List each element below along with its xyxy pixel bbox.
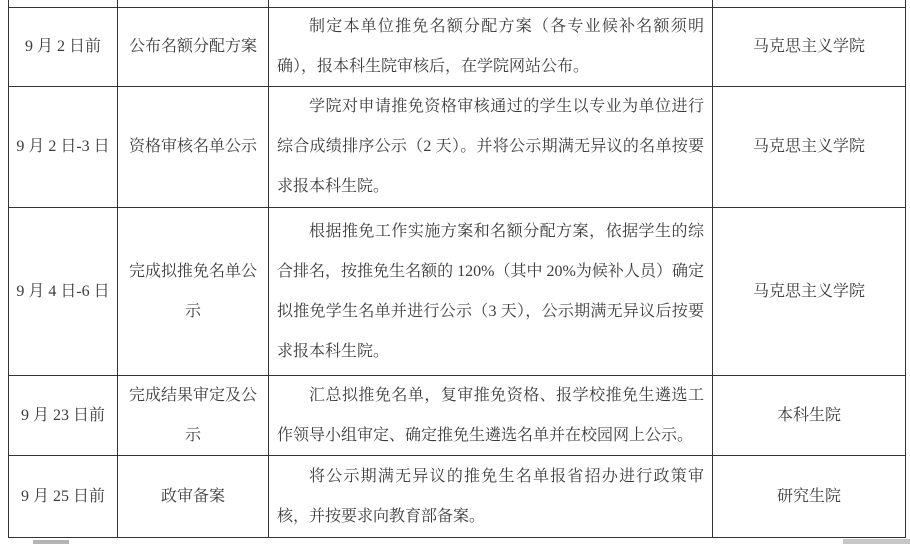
cropped-cell (713, 0, 906, 8)
description-text: 将公示期满无异议的推免生名单报省招办进行政策审核，并按要求向教育部备案。 (269, 457, 712, 537)
task-cell: 完成拟推免名单公示 (118, 208, 269, 376)
unit-cell: 马克思主义学院 (713, 8, 906, 87)
cropped-cell (9, 0, 118, 8)
date-cell: 9 月 25 日前 (9, 456, 118, 538)
cropped-element-artifact-right (843, 539, 910, 544)
description-cell: 根据推免工作实施方案和名额分配方案，依据学生的综合排名，按推免生名额的 120%… (269, 208, 713, 376)
description-cell: 将公示期满无异议的推免生名单报省招办进行政策审核，并按要求向教育部备案。 (269, 456, 713, 538)
description-cell: 学院对申请推免资格审核通过的学生以专业为单位进行综合成绩排序公示（2 天）。并将… (269, 87, 713, 208)
cropped-cell (118, 0, 269, 8)
unit-cell: 研究生院 (713, 456, 906, 538)
date-cell: 9 月 4 日-6 日 (9, 208, 118, 376)
date-cell: 9 月 23 日前 (9, 376, 118, 456)
task-cell: 公布名额分配方案 (118, 8, 269, 87)
description-text: 根据推免工作实施方案和名额分配方案，依据学生的综合排名，按推免生名额的 120%… (269, 212, 712, 372)
description-cell: 制定本单位推免名额分配方案（各专业候补名额须明确），报本科生院审核后，在学院网站… (269, 8, 713, 87)
unit-cell: 本科生院 (713, 376, 906, 456)
description-text: 汇总拟推免名单，复审推免资格、报学校推免生遴选工作领导小组审定、确定推免生遴选名… (269, 376, 712, 456)
task-cell: 资格审核名单公示 (118, 87, 269, 208)
date-cell: 9 月 2 日前 (9, 8, 118, 87)
task-cell: 完成结果审定及公示 (118, 376, 269, 456)
description-text: 学院对申请推免资格审核通过的学生以专业为单位进行综合成绩排序公示（2 天）。并将… (269, 87, 712, 207)
cropped-element-artifact-left (33, 540, 69, 544)
description-text: 制定本单位推免名额分配方案（各专业候补名额须明确），报本科生院审核后，在学院网站… (269, 8, 712, 87)
date-cell: 9 月 2 日-3 日 (9, 87, 118, 208)
unit-cell: 马克思主义学院 (713, 208, 906, 376)
unit-cell: 马克思主义学院 (713, 87, 906, 208)
cropped-cell (269, 0, 713, 8)
task-cell: 政审备案 (118, 456, 269, 538)
schedule-table: 9 月 2 日前 公布名额分配方案 制定本单位推免名额分配方案（各专业候补名额须… (8, 0, 905, 538)
description-cell: 汇总拟推免名单，复审推免资格、报学校推免生遴选工作领导小组审定、确定推免生遴选名… (269, 376, 713, 456)
